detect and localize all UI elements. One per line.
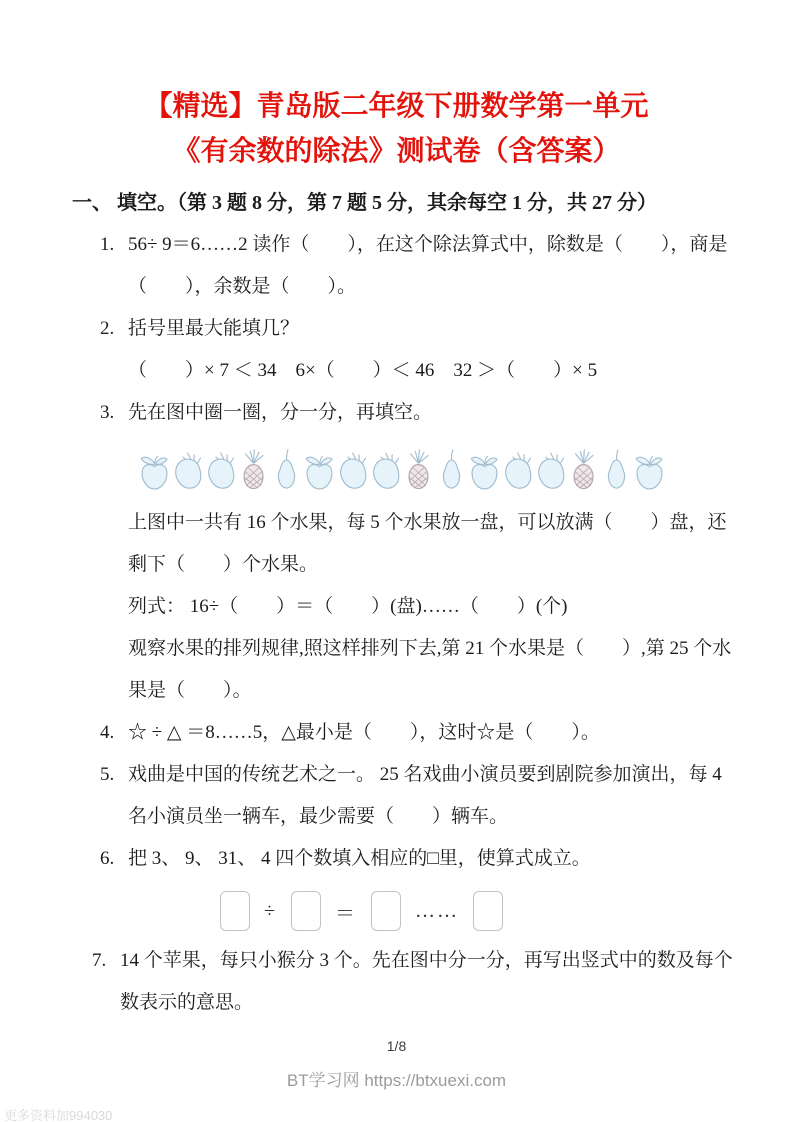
paper-title: 【精选】青岛版二年级下册数学第一单元 《有余数的除法》测试卷（含答案） — [0, 84, 793, 174]
question-7-number: 7. — [92, 940, 120, 982]
question-1-number: 1. — [100, 224, 128, 266]
test-paper-page: 【精选】青岛版二年级下册数学第一单元 《有余数的除法》测试卷（含答案） 一、 填… — [0, 0, 793, 1122]
watermark-text: 更多资料加994030 — [4, 1105, 112, 1122]
fruit-strawberry-icon — [534, 442, 567, 498]
question-6: 6.把 3、 9、 31、 4 四个数填入相应的□里，使算式成立。 — [100, 838, 737, 880]
fruit-pear-icon — [435, 442, 468, 498]
question-6-text: 把 3、 9、 31、 4 四个数填入相应的□里，使算式成立。 — [128, 848, 591, 869]
question-1-text: 56÷ 9＝6……2 读作（ ），在这个除法算式中，除数是（ ），商是（ ），余… — [128, 234, 727, 297]
answer-box — [291, 891, 321, 931]
question-2-number: 2. — [100, 308, 128, 350]
question-5-number: 5. — [100, 754, 128, 796]
question-3-paragraph-3: 观察水果的排列规律,照这样排列下去,第 21 个水果是（ ）,第 25 个水果是… — [128, 628, 737, 712]
fruit-pineapple-icon — [402, 442, 435, 498]
question-2: 2.括号里最大能填几？ — [100, 308, 737, 350]
page-content: 【精选】青岛版二年级下册数学第一单元 《有余数的除法》测试卷（含答案） 一、 填… — [0, 0, 793, 1024]
question-3-paragraph-2: 列式： 16÷（ ）＝（ ）(盘)……（ ）(个) — [128, 586, 737, 628]
fruit-strawberry-icon — [336, 442, 369, 498]
fruit-strawberry-icon — [204, 442, 237, 498]
fruit-apple-icon — [468, 442, 501, 498]
fruit-apple-icon — [303, 442, 336, 498]
question-6-number: 6. — [100, 838, 128, 880]
question-3: 3.先在图中圈一圈，分一分，再填空。 — [100, 392, 737, 434]
fruit-apple-icon — [138, 442, 171, 498]
fruit-pineapple-icon — [567, 442, 600, 498]
question-4-number: 4. — [100, 712, 128, 754]
question-2-text: 括号里最大能填几？ — [128, 318, 299, 339]
question-3-text: 先在图中圈一圈，分一分，再填空。 — [128, 402, 432, 423]
question-1: 1.56÷ 9＝6……2 读作（ ），在这个除法算式中，除数是（ ），商是（ ）… — [100, 224, 737, 308]
fruit-strawberry-icon — [501, 442, 534, 498]
answer-box — [473, 891, 503, 931]
question-5: 5.戏曲是中国的传统艺术之一。 25 名戏曲小演员要到剧院参加演出，每 4 名小… — [100, 754, 737, 838]
section-one-heading: 一、 填空。（第 3 题 8 分，第 7 题 5 分，其余每空 1 分，共 27… — [72, 182, 735, 224]
fruit-strawberry-icon — [369, 442, 402, 498]
fruit-pattern-row — [138, 440, 793, 498]
question-4: 4.☆ ÷ △ ＝8……5，△最小是（ ），这时☆是（ ）。 — [100, 712, 737, 754]
equation-operator: ＝ — [321, 897, 371, 926]
equation-operator: ÷ — [250, 900, 291, 923]
page-number: 1/8 — [0, 1038, 793, 1054]
question-4-text: ☆ ÷ △ ＝8……5，△最小是（ ），这时☆是（ ）。 — [128, 722, 600, 743]
question-6-equation-row: ÷＝…… — [220, 888, 793, 934]
site-footer: BT学习网 https://btxuexi.com — [0, 1066, 793, 1091]
question-7-text: 14 个苹果，每只小猴分 3 个。先在图中分一分，再写出竖式中的数及每个数表示的… — [120, 950, 733, 1013]
fruit-pear-icon — [270, 442, 303, 498]
question-3-paragraph-1: 上图中一共有 16 个水果，每 5 个水果放一盘，可以放满（ ）盘，还剩下（ ）… — [128, 502, 737, 586]
fruit-pineapple-icon — [237, 442, 270, 498]
paper-title-line2: 《有余数的除法》测试卷（含答案） — [0, 129, 793, 174]
fruit-strawberry-icon — [171, 442, 204, 498]
question-2-equation: （ ）× 7 ＜ 34 6×（ ）＜ 46 32 ＞（ ）× 5 — [128, 350, 737, 392]
question-5-text: 戏曲是中国的传统艺术之一。 25 名戏曲小演员要到剧院参加演出，每 4 名小演员… — [128, 764, 722, 827]
question-3-number: 3. — [100, 392, 128, 434]
fruit-pear-icon — [600, 442, 633, 498]
question-7: 7.14 个苹果，每只小猴分 3 个。先在图中分一分，再写出竖式中的数及每个数表… — [92, 940, 737, 1024]
answer-box — [220, 891, 250, 931]
equation-operator: …… — [401, 900, 473, 923]
fruit-apple-icon — [633, 442, 666, 498]
paper-title-line1: 【精选】青岛版二年级下册数学第一单元 — [0, 84, 793, 129]
answer-box — [371, 891, 401, 931]
